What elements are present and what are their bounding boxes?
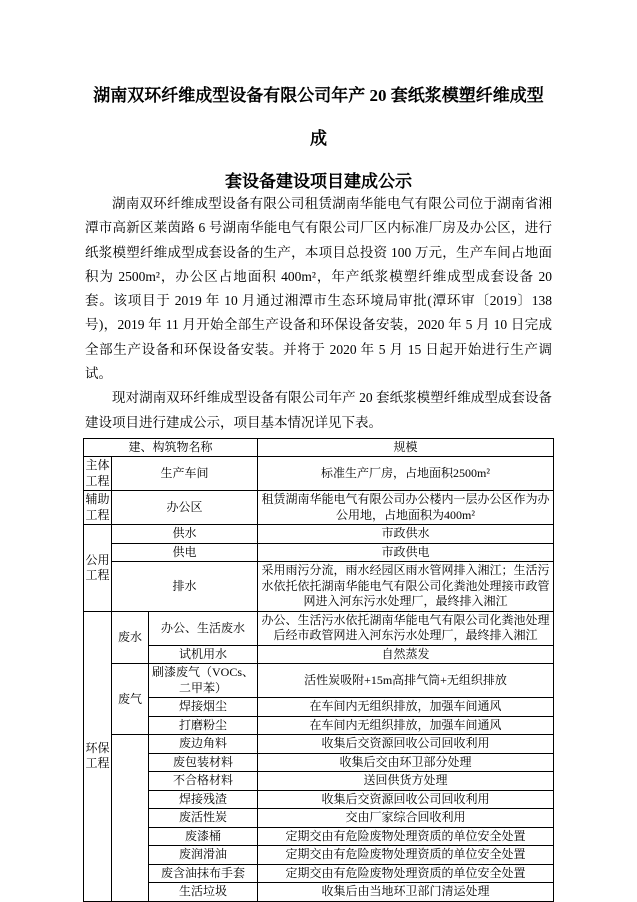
name-cell-drainage: 排水 — [112, 562, 258, 612]
paragraph-announcement: 现对湖南双环纤维成型设备有限公司年产 20 套纸浆模塑纤维成型成套设备建设项目进… — [85, 386, 552, 435]
name-cell-grinding-dust: 打磨粉尘 — [149, 716, 258, 735]
group-cell-solid-waste — [112, 735, 149, 902]
scale-cell-waste-activated-carbon: 交由厂家综合回收利用 — [258, 809, 554, 828]
category-cell-environmental-project: 环保工程 — [84, 611, 112, 901]
table-row-grinding-dust: 打磨粉尘 在车间内无组织排放，加强车间通风 — [84, 716, 554, 735]
name-cell-waste-activated-carbon: 废活性炭 — [149, 809, 258, 828]
scale-cell-grinding-dust: 在车间内无组织排放，加强车间通风 — [258, 716, 554, 735]
table-row-oily-rags-gloves: 废含油抹布手套 定期交由有危险废物处理资质的单位安全处置 — [84, 864, 554, 883]
scale-cell-water-supply: 市政供水 — [258, 525, 554, 544]
scale-cell-test-machine-water: 自然蒸发 — [258, 645, 554, 664]
scale-cell-oily-rags-gloves: 定期交由有危险废物处理资质的单位安全处置 — [258, 864, 554, 883]
name-cell-oily-rags-gloves: 废含油抹布手套 — [149, 864, 258, 883]
scale-cell-drainage: 采用雨污分流，雨水经园区雨水管网排入湘江；生活污水依托依托湖南华能电气有限公司化… — [258, 562, 554, 612]
document-page: 湖南双环纤维成型设备有限公司年产 20 套纸浆模塑纤维成型成套设备建设项目建成公… — [0, 0, 637, 902]
table-row-power-supply: 供电 市政供电 — [84, 543, 554, 562]
scale-cell-production-workshop: 标准生产厂房，占地面积2500m² — [258, 457, 554, 491]
name-cell-power-supply: 供电 — [112, 543, 258, 562]
title-line-2: 套设备建设项目建成公示 — [225, 172, 412, 191]
group-cell-waste-gas: 废气 — [112, 664, 149, 735]
name-cell-waste-packaging: 废包装材料 — [149, 753, 258, 772]
table-row-water-supply: 公用工程 供水 市政供水 — [84, 525, 554, 544]
group-cell-wastewater: 废水 — [112, 611, 149, 664]
page-title: 湖南双环纤维成型设备有限公司年产 20 套纸浆模塑纤维成型成套设备建设项目建成公… — [85, 74, 552, 203]
scale-cell-power-supply: 市政供电 — [258, 543, 554, 562]
title-line-1: 湖南双环纤维成型设备有限公司年产 20 套纸浆模塑纤维成型成 — [93, 86, 544, 148]
table-row-main-project: 主体工程 生产车间 标准生产厂房，占地面积2500m² — [84, 457, 554, 491]
name-cell-waste-paint-bucket: 废漆桶 — [149, 827, 258, 846]
header-cell-structures: 建、构筑物名称 — [84, 438, 258, 457]
scale-cell-welding-residue: 收集后交资源回收公司回收利用 — [258, 790, 554, 809]
table-row-drainage: 排水 采用雨污分流，雨水经园区雨水管网排入湘江；生活污水依托依托湖南华能电气有限… — [84, 562, 554, 612]
table-row-paint-exhaust: 废气 刷漆废气（VOCs、二甲苯） 活性炭吸附+15m高排气筒+无组织排放 — [84, 664, 554, 698]
table-row-waste-packaging: 废包装材料 收集后交由环卫部分处理 — [84, 753, 554, 772]
table-row-welding-residue: 焊接残渣 收集后交资源回收公司回收利用 — [84, 790, 554, 809]
table-row-scrap-material: 废边角料 收集后交资源回收公司回收利用 — [84, 735, 554, 754]
name-cell-paint-exhaust: 刷漆废气（VOCs、二甲苯） — [149, 664, 258, 698]
scale-cell-waste-packaging: 收集后交由环卫部分处理 — [258, 753, 554, 772]
scale-cell-office-area: 租赁湖南华能电气有限公司办公楼内一层办公区作为办公用地，占地面积为400m² — [258, 491, 554, 525]
table-row-office-domestic-wastewater: 环保工程 废水 办公、生活废水 办公、生活污水依托湖南华能电气有限公司化粪池处理… — [84, 611, 554, 645]
table-row-test-machine-water: 试机用水 自然蒸发 — [84, 645, 554, 664]
scale-cell-paint-exhaust: 活性炭吸附+15m高排气筒+无组织排放 — [258, 664, 554, 698]
project-info-table: 建、构筑物名称 规模 主体工程 生产车间 标准生产厂房，占地面积2500m² 辅… — [83, 438, 554, 902]
table-row-domestic-garbage: 生活垃圾 收集后由当地环卫部门清运处理 — [84, 883, 554, 902]
name-cell-water-supply: 供水 — [112, 525, 258, 544]
table-row-auxiliary-project: 辅助工程 办公区 租赁湖南华能电气有限公司办公楼内一层办公区作为办公用地，占地面… — [84, 491, 554, 525]
scale-cell-domestic-garbage: 收集后由当地环卫部门清运处理 — [258, 883, 554, 902]
scale-cell-scrap-material: 收集后交资源回收公司回收利用 — [258, 735, 554, 754]
header-cell-scale: 规模 — [258, 438, 554, 457]
name-cell-test-machine-water: 试机用水 — [149, 645, 258, 664]
name-cell-waste-lubricant: 废润滑油 — [149, 846, 258, 865]
scale-cell-waste-paint-bucket: 定期交由有危险废物处理资质的单位安全处置 — [258, 827, 554, 846]
scale-cell-office-domestic-wastewater: 办公、生活污水依托湖南华能电气有限公司化粪池处理后经市政管网进入河东污水处理厂，… — [258, 611, 554, 645]
name-cell-scrap-material: 废边角料 — [149, 735, 258, 754]
name-cell-welding-fume: 焊接烟尘 — [149, 698, 258, 717]
name-cell-unqualified-material: 不合格材料 — [149, 772, 258, 791]
name-cell-office-area: 办公区 — [112, 491, 258, 525]
scale-cell-unqualified-material: 送回供货方处理 — [258, 772, 554, 791]
name-cell-welding-residue: 焊接残渣 — [149, 790, 258, 809]
table-row-unqualified-material: 不合格材料 送回供货方处理 — [84, 772, 554, 791]
paragraph-project-overview: 湖南双环纤维成型设备有限公司租赁湖南华能电气有限公司位于湖南省湘潭市高新区莱茵路… — [85, 192, 552, 386]
table-row-waste-paint-bucket: 废漆桶 定期交由有危险废物处理资质的单位安全处置 — [84, 827, 554, 846]
table-row-waste-activated-carbon: 废活性炭 交由厂家综合回收利用 — [84, 809, 554, 828]
table-row-welding-fume: 焊接烟尘 在车间内无组织排放，加强车间通风 — [84, 698, 554, 717]
name-cell-domestic-garbage: 生活垃圾 — [149, 883, 258, 902]
category-cell-main-project: 主体工程 — [84, 457, 112, 491]
scale-cell-waste-lubricant: 定期交由有危险废物处理资质的单位安全处置 — [258, 846, 554, 865]
scale-cell-welding-fume: 在车间内无组织排放，加强车间通风 — [258, 698, 554, 717]
category-cell-auxiliary-project: 辅助工程 — [84, 491, 112, 525]
category-cell-utility-project: 公用工程 — [84, 525, 112, 612]
name-cell-office-domestic-wastewater: 办公、生活废水 — [149, 611, 258, 645]
table-header-row: 建、构筑物名称 规模 — [84, 438, 554, 457]
name-cell-production-workshop: 生产车间 — [112, 457, 258, 491]
table-row-waste-lubricant: 废润滑油 定期交由有危险废物处理资质的单位安全处置 — [84, 846, 554, 865]
